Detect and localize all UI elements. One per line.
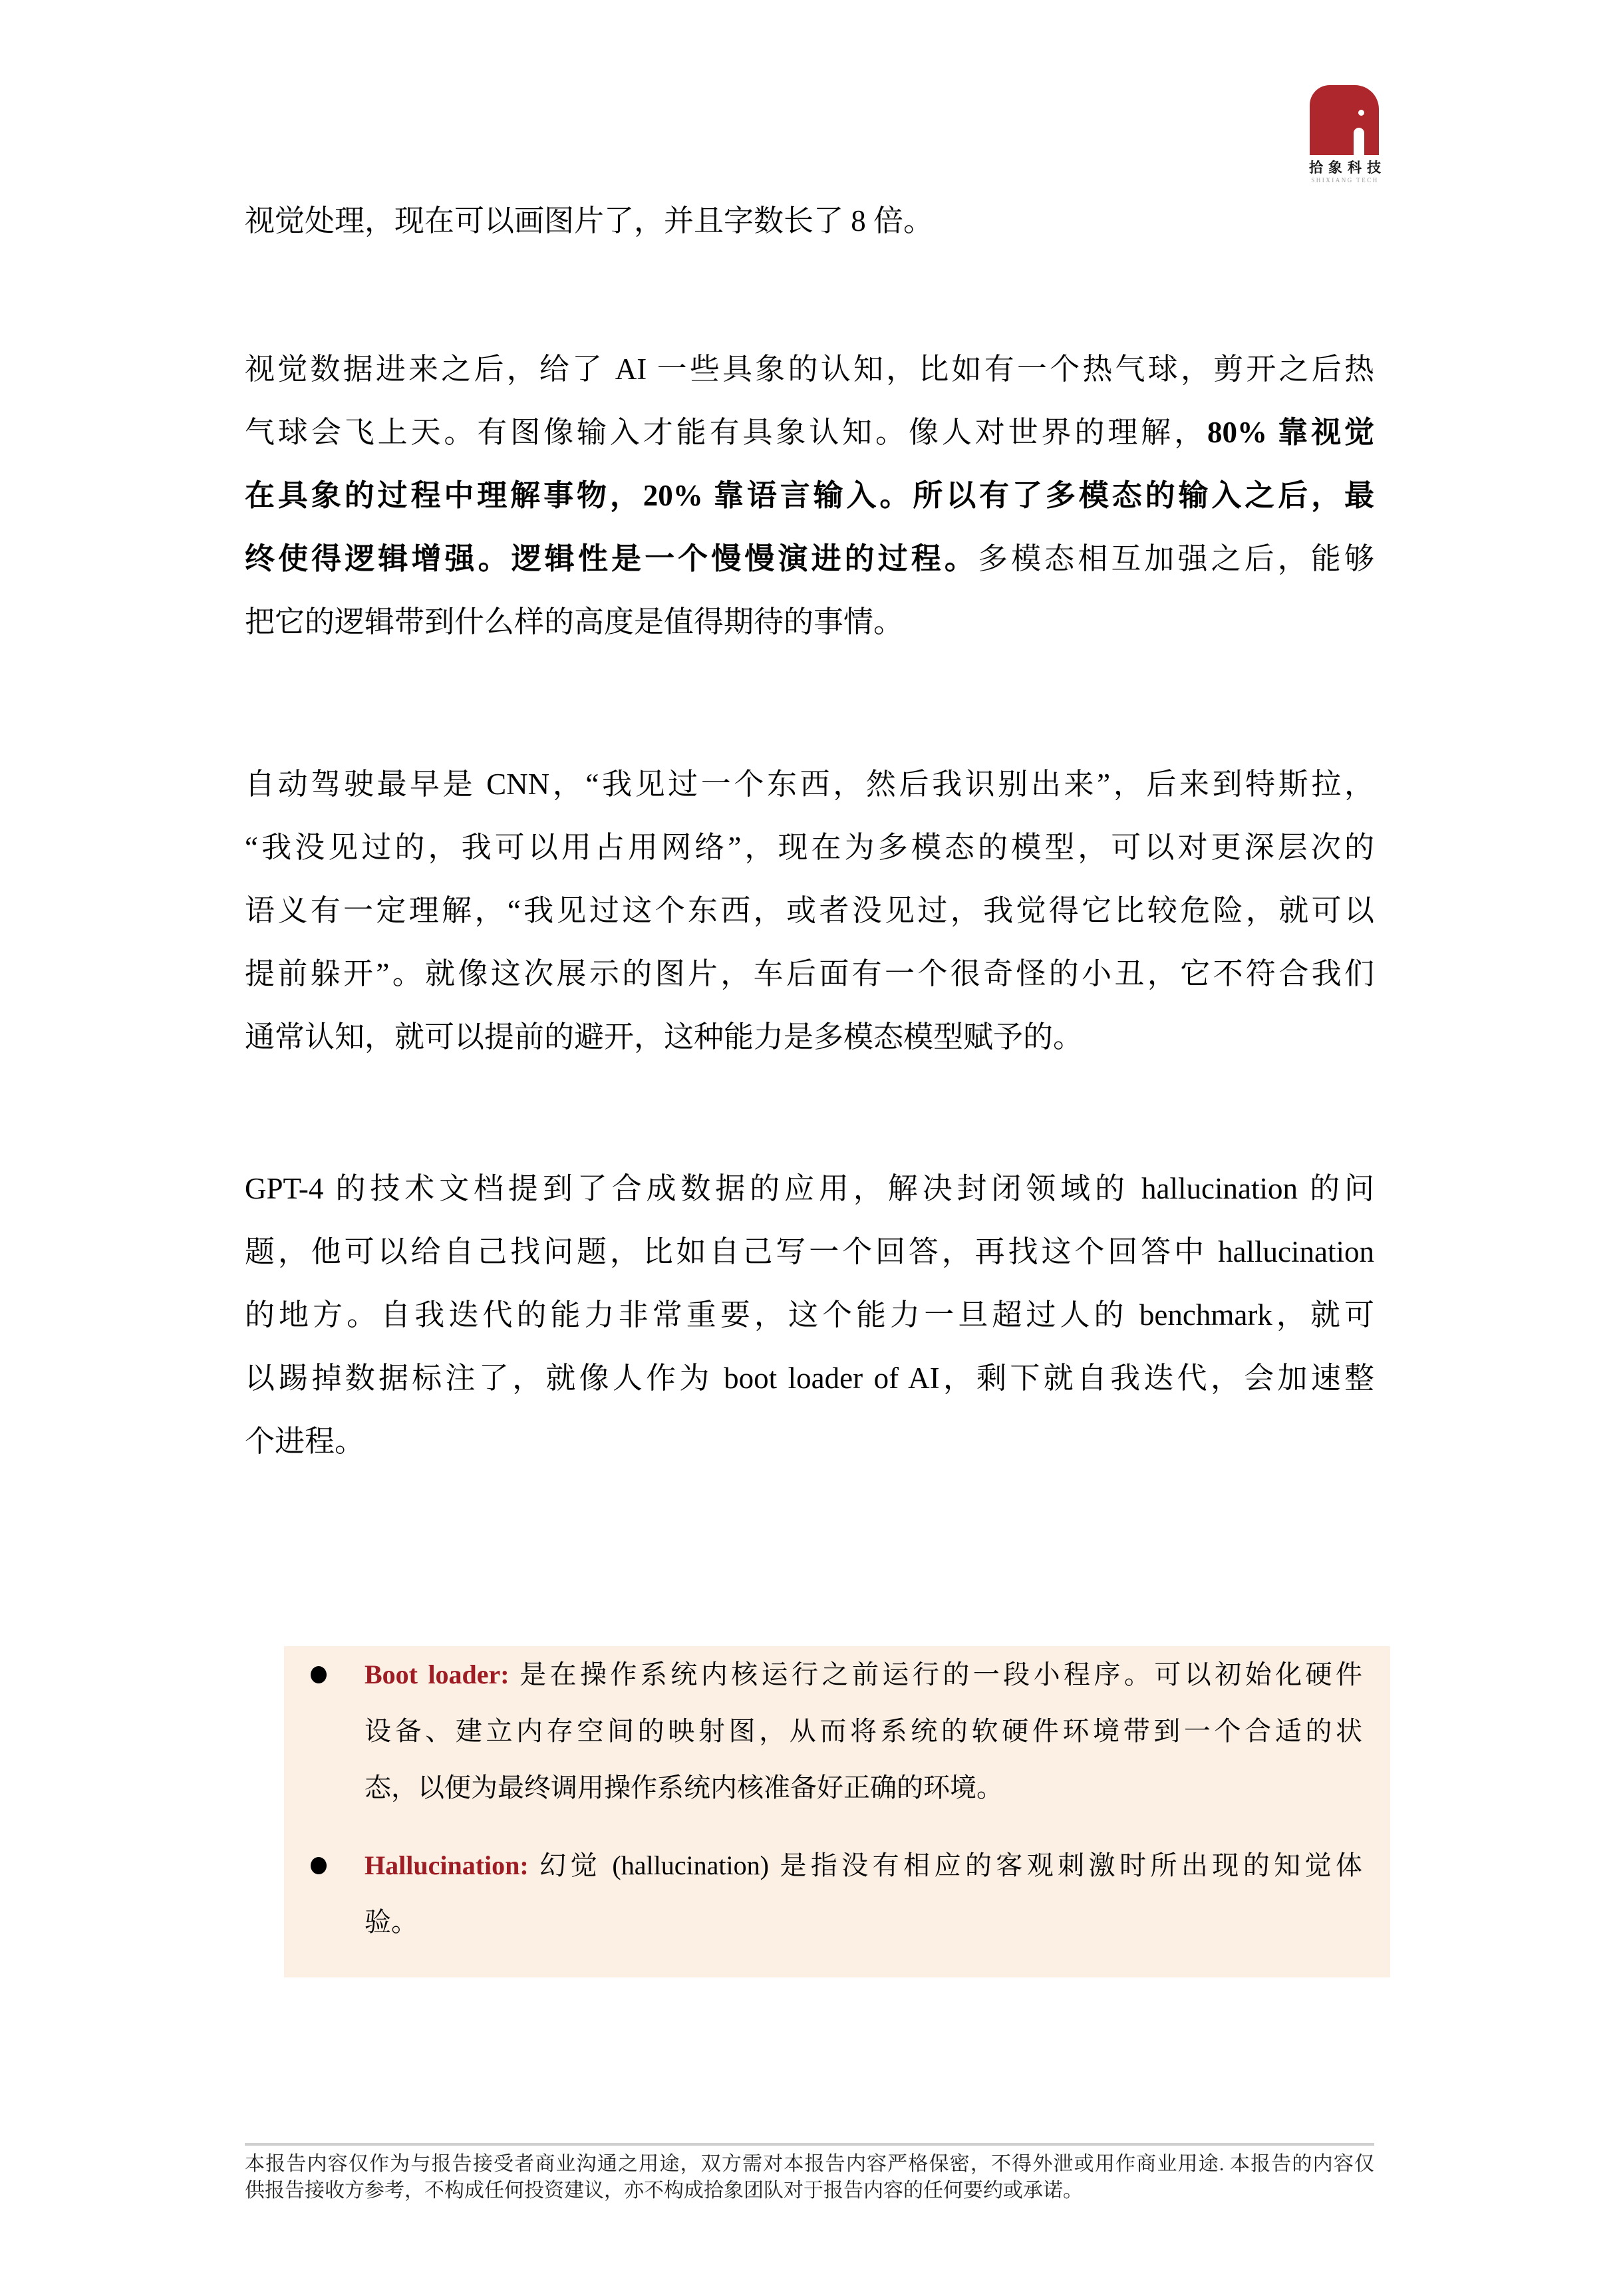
paragraph-intro: 视觉处理，现在可以画图片了，并且字数长了 8 倍。 <box>245 190 1374 253</box>
text-segment: 的地方。自我迭代的能力非常重要，这个能力一旦超过人的 benchmark，就可 <box>245 1298 1374 1332</box>
confidentiality-footer: 本报告内容仅作为与报告接受者商业沟通之用途，双方需对本报告内容严格保密，不得外泄… <box>245 2151 1374 2204</box>
text-segment: 视觉数据进来之后，给了 AI 一些具象的认知，比如有一个热气球，剪开之后热 <box>245 353 1374 386</box>
text-segment: 80% 靠视觉 <box>1207 416 1374 449</box>
text-line: 视觉数据进来之后，给了 AI 一些具象的认知，比如有一个热气球，剪开之后热 <box>245 338 1374 401</box>
text-line: 题，他可以给自己找问题，比如自己写一个回答，再找这个回答中 hallucinat… <box>245 1220 1374 1284</box>
text-segment: 气球会飞上天。有图像输入才能有具象认知。像人对世界的理解， <box>245 416 1207 449</box>
text-segment: 把它的逻辑带到什么样的高度是值得期待的事情。 <box>245 605 903 639</box>
text-line: 终使得逻辑增强。逻辑性是一个慢慢演进的过程。多模态相互加强之后，能够 <box>245 527 1374 591</box>
bullet-icon <box>311 1666 327 1683</box>
logo-brand-en: SHIXIANG TECH <box>1302 177 1388 184</box>
text-line: 通常认知，就可以提前的避开，这种能力是多模态模型赋予的。 <box>245 1006 1374 1069</box>
text-segment: 通常认知，就可以提前的避开，这种能力是多模态模型赋予的。 <box>245 1020 1083 1054</box>
paragraph-autodriving: 自动驾驶最早是 CNN，“我见过一个东西，然后我识别出来”，后来到特斯拉，“我没… <box>245 753 1374 1069</box>
text-segment: 幻觉 (hallucination) 是指没有相应的客观刺激时所出现的知觉体 <box>539 1850 1362 1880</box>
text-segment: 语义有一定理解，“我见过这个东西，或者没见过，我觉得它比较危险，就可以 <box>245 894 1374 927</box>
glossary-item-hallucination: Hallucination: 幻觉 (hallucination) 是指没有相应… <box>284 1837 1390 1950</box>
glossary-text: Hallucination: 幻觉 (hallucination) 是指没有相应… <box>365 1837 1362 1950</box>
glossary-text: Boot loader: 是在操作系统内核运行之前运行的一段小程序。可以初始化硬… <box>365 1646 1362 1816</box>
text-line: GPT-4 的技术文档提到了合成数据的应用，解决封闭领域的 hallucinat… <box>245 1157 1374 1220</box>
glossary-keyword: Boot loader: <box>365 1659 519 1689</box>
text-segment: 是在操作系统内核运行之前运行的一段小程序。可以初始化硬件 <box>519 1659 1362 1689</box>
text-segment: 自动驾驶最早是 CNN，“我见过一个东西，然后我识别出来”，后来到特斯拉， <box>245 768 1374 801</box>
text-line: 以踢掉数据标注了，就像人作为 boot loader of AI，剩下就自我迭代… <box>245 1347 1374 1410</box>
text-line: 在具象的过程中理解事物，20% 靠语言输入。所以有了多模态的输入之后，最 <box>245 464 1374 527</box>
text-segment: 供报告接收方参考，不构成任何投资建议，亦不构成拾象团队对于报告内容的任何要约或承… <box>245 2180 1083 2202</box>
text-line: Boot loader: 是在操作系统内核运行之前运行的一段小程序。可以初始化硬… <box>365 1646 1362 1703</box>
footer-divider <box>245 2143 1374 2146</box>
text-line: 的地方。自我迭代的能力非常重要，这个能力一旦超过人的 benchmark，就可 <box>245 1284 1374 1347</box>
text-segment: 态，以便为最终调用操作系统内核准备好正确的环境。 <box>365 1773 1003 1802</box>
glossary-keyword: Hallucination: <box>365 1850 539 1880</box>
text-segment: 验。 <box>365 1907 418 1937</box>
text-line: 自动驾驶最早是 CNN，“我见过一个东西，然后我识别出来”，后来到特斯拉， <box>245 753 1374 816</box>
text-segment: 终使得逻辑增强。逻辑性是一个慢慢演进的过程。 <box>245 542 978 575</box>
text-segment: GPT-4 的技术文档提到了合成数据的应用，解决封闭领域的 hallucinat… <box>245 1172 1374 1205</box>
text-line: 提前躲开”。就像这次展示的图片，车后面有一个很奇怪的小丑，它不符合我们 <box>245 942 1374 1006</box>
document-page: 拾象科技 SHIXIANG TECH 视觉处理，现在可以画图片了，并且字数长了 … <box>0 0 1623 2296</box>
text-line: 视觉处理，现在可以画图片了，并且字数长了 8 倍。 <box>245 190 1374 253</box>
text-segment: 多模态相互加强之后，能够 <box>978 542 1374 575</box>
text-segment: 在具象的过程中理解事物，20% 靠语言输入。所以有了多模态的输入之后，最 <box>245 479 1374 512</box>
text-line: 气球会飞上天。有图像输入才能有具象认知。像人对世界的理解，80% 靠视觉 <box>245 401 1374 464</box>
text-line: 验。 <box>365 1894 1362 1950</box>
elephant-trunk-gap <box>1354 128 1364 155</box>
text-segment: 题，他可以给自己找问题，比如自己写一个回答，再找这个回答中 hallucinat… <box>245 1235 1374 1268</box>
text-segment: 视觉处理，现在可以画图片了，并且字数长了 8 倍。 <box>245 204 933 237</box>
paragraph-visual-data: 视觉数据进来之后，给了 AI 一些具象的认知，比如有一个热气球，剪开之后热气球会… <box>245 338 1374 654</box>
glossary-item-bootloader: Boot loader: 是在操作系统内核运行之前运行的一段小程序。可以初始化硬… <box>284 1646 1390 1816</box>
bullet-icon <box>311 1857 327 1874</box>
text-segment: 以踢掉数据标注了，就像人作为 boot loader of AI，剩下就自我迭代… <box>245 1362 1374 1395</box>
paragraph-gpt4: GPT-4 的技术文档提到了合成数据的应用，解决封闭领域的 hallucinat… <box>245 1157 1374 1473</box>
text-line: 把它的逻辑带到什么样的高度是值得期待的事情。 <box>245 591 1374 654</box>
text-segment: “我没见过的，我可以用占用网络”，现在为多模态的模型，可以对更深层次的 <box>245 831 1374 864</box>
text-line: 供报告接收方参考，不构成任何投资建议，亦不构成拾象团队对于报告内容的任何要约或承… <box>245 2178 1374 2204</box>
glossary-callout: Boot loader: 是在操作系统内核运行之前运行的一段小程序。可以初始化硬… <box>284 1646 1390 1977</box>
text-segment: 本报告内容仅作为与报告接受者商业沟通之用途，双方需对本报告内容严格保密，不得外泄… <box>245 2153 1374 2175</box>
logo-brand-cn: 拾象科技 <box>1302 157 1388 177</box>
text-line: 个进程。 <box>245 1410 1374 1473</box>
text-line: 语义有一定理解，“我见过这个东西，或者没见过，我觉得它比较危险，就可以 <box>245 879 1374 942</box>
elephant-eye-icon <box>1358 110 1364 116</box>
text-line: 态，以便为最终调用操作系统内核准备好正确的环境。 <box>365 1759 1362 1816</box>
text-segment: 个进程。 <box>245 1425 365 1458</box>
text-line: 本报告内容仅作为与报告接受者商业沟通之用途，双方需对本报告内容严格保密，不得外泄… <box>245 2151 1374 2178</box>
text-line: 设备、建立内存空间的映射图，从而将系统的软硬件环境带到一个合适的状 <box>365 1703 1362 1759</box>
text-segment: 提前躲开”。就像这次展示的图片，车后面有一个很奇怪的小丑，它不符合我们 <box>245 957 1374 990</box>
text-segment: 设备、建立内存空间的映射图，从而将系统的软硬件环境带到一个合适的状 <box>365 1716 1362 1746</box>
text-line: “我没见过的，我可以用占用网络”，现在为多模态的模型，可以对更深层次的 <box>245 816 1374 879</box>
shixiang-logo-icon <box>1310 85 1379 155</box>
text-line: Hallucination: 幻觉 (hallucination) 是指没有相应… <box>365 1837 1362 1894</box>
